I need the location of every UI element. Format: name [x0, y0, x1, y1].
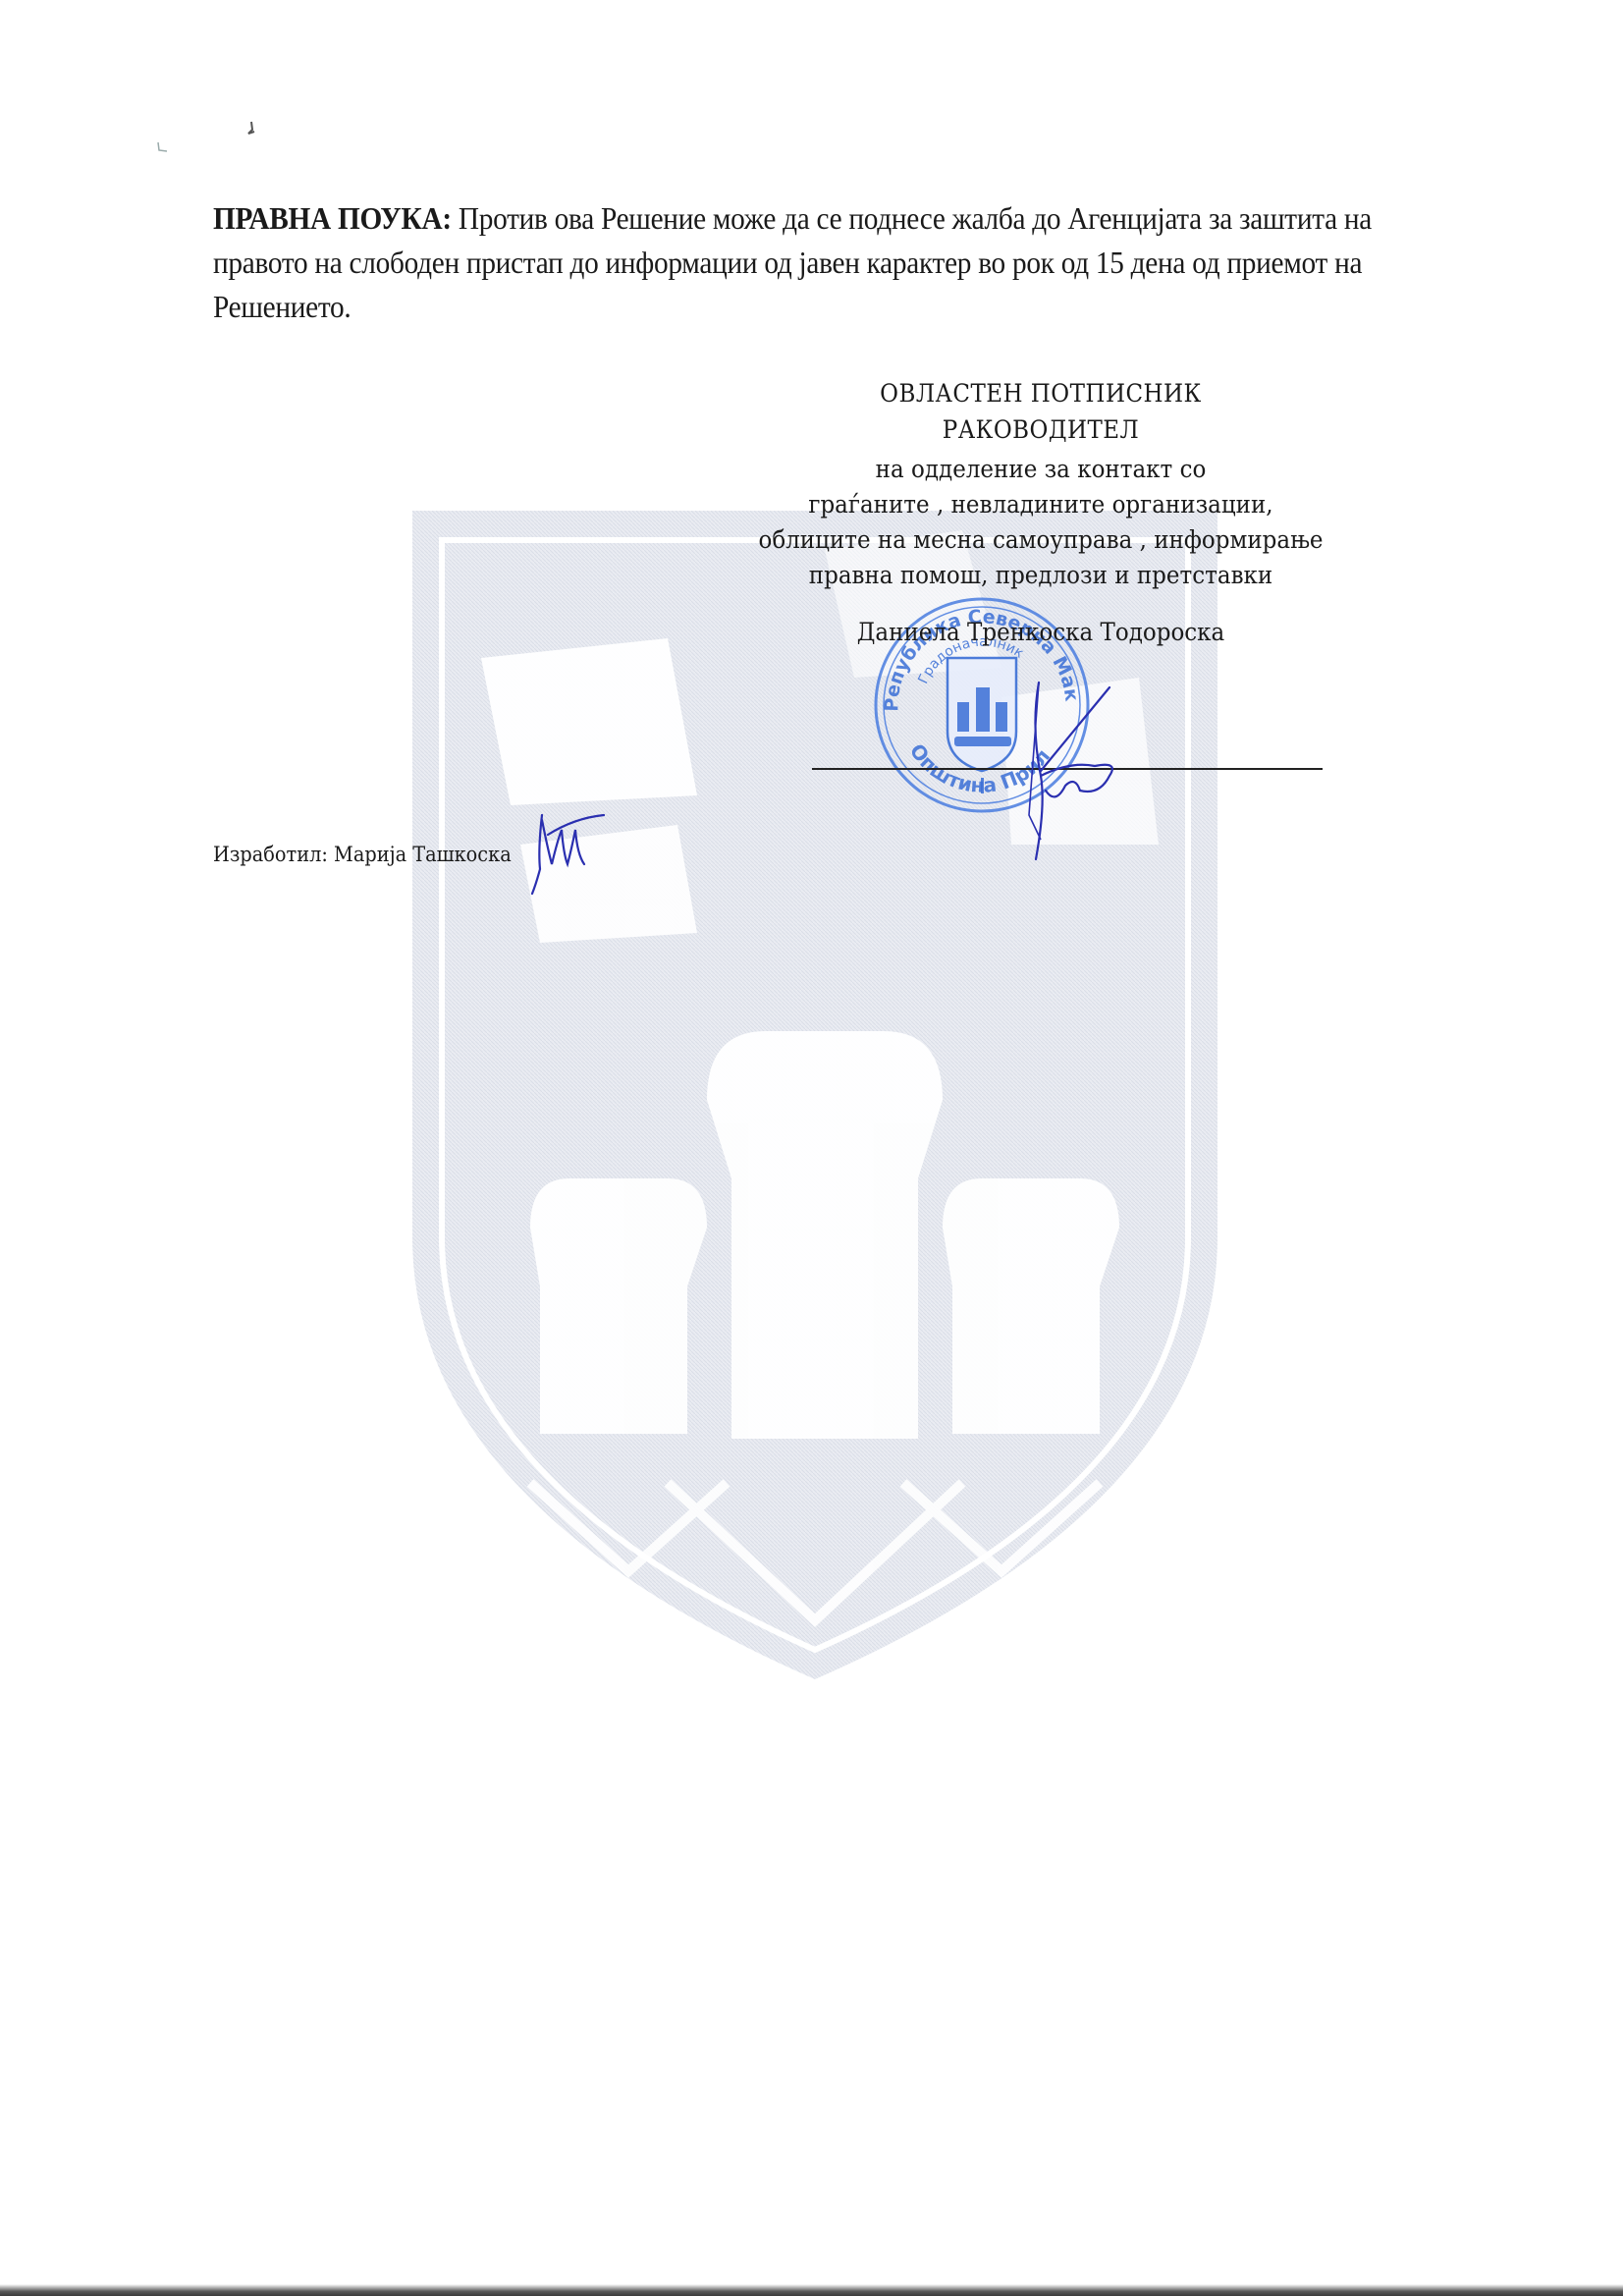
signatory-name: Даниела Тренкоска Тодороска	[716, 615, 1366, 650]
prepared-by-name: Марија Ташкоска	[334, 843, 512, 866]
scan-artifact	[153, 137, 173, 157]
scan-bottom-edge	[0, 2284, 1623, 2296]
scan-artifact	[245, 120, 259, 137]
department-line-2: граѓаните , невладините организации,	[716, 487, 1366, 522]
department-line-1: на одделение за контакт со	[716, 452, 1366, 487]
signatory-title: ОВЛАСТЕН ПОТПИСНИК	[716, 375, 1366, 411]
handwritten-signature	[1001, 668, 1149, 864]
coat-of-arms-watermark	[373, 471, 1257, 1699]
preparer-signature	[530, 810, 609, 899]
legal-note-label: ПРАВНА ПОУКА:	[213, 201, 452, 236]
legal-note: ПРАВНА ПОУКА: Против ова Решение може да…	[213, 196, 1391, 329]
signatory-block: ОВЛАСТЕН ПОТПИСНИК РАКОВОДИТЕЛ на одделе…	[687, 375, 1394, 650]
prepared-by-label: Изработил:	[213, 843, 328, 866]
prepared-by: Изработил: Марија Ташкоска	[213, 843, 512, 866]
department-line-4: правна помош, предлози и претставки	[716, 558, 1366, 593]
department-line-3: облиците на месна самоуправа , информира…	[716, 522, 1366, 558]
signatory-position: РАКОВОДИТЕЛ	[716, 411, 1366, 448]
